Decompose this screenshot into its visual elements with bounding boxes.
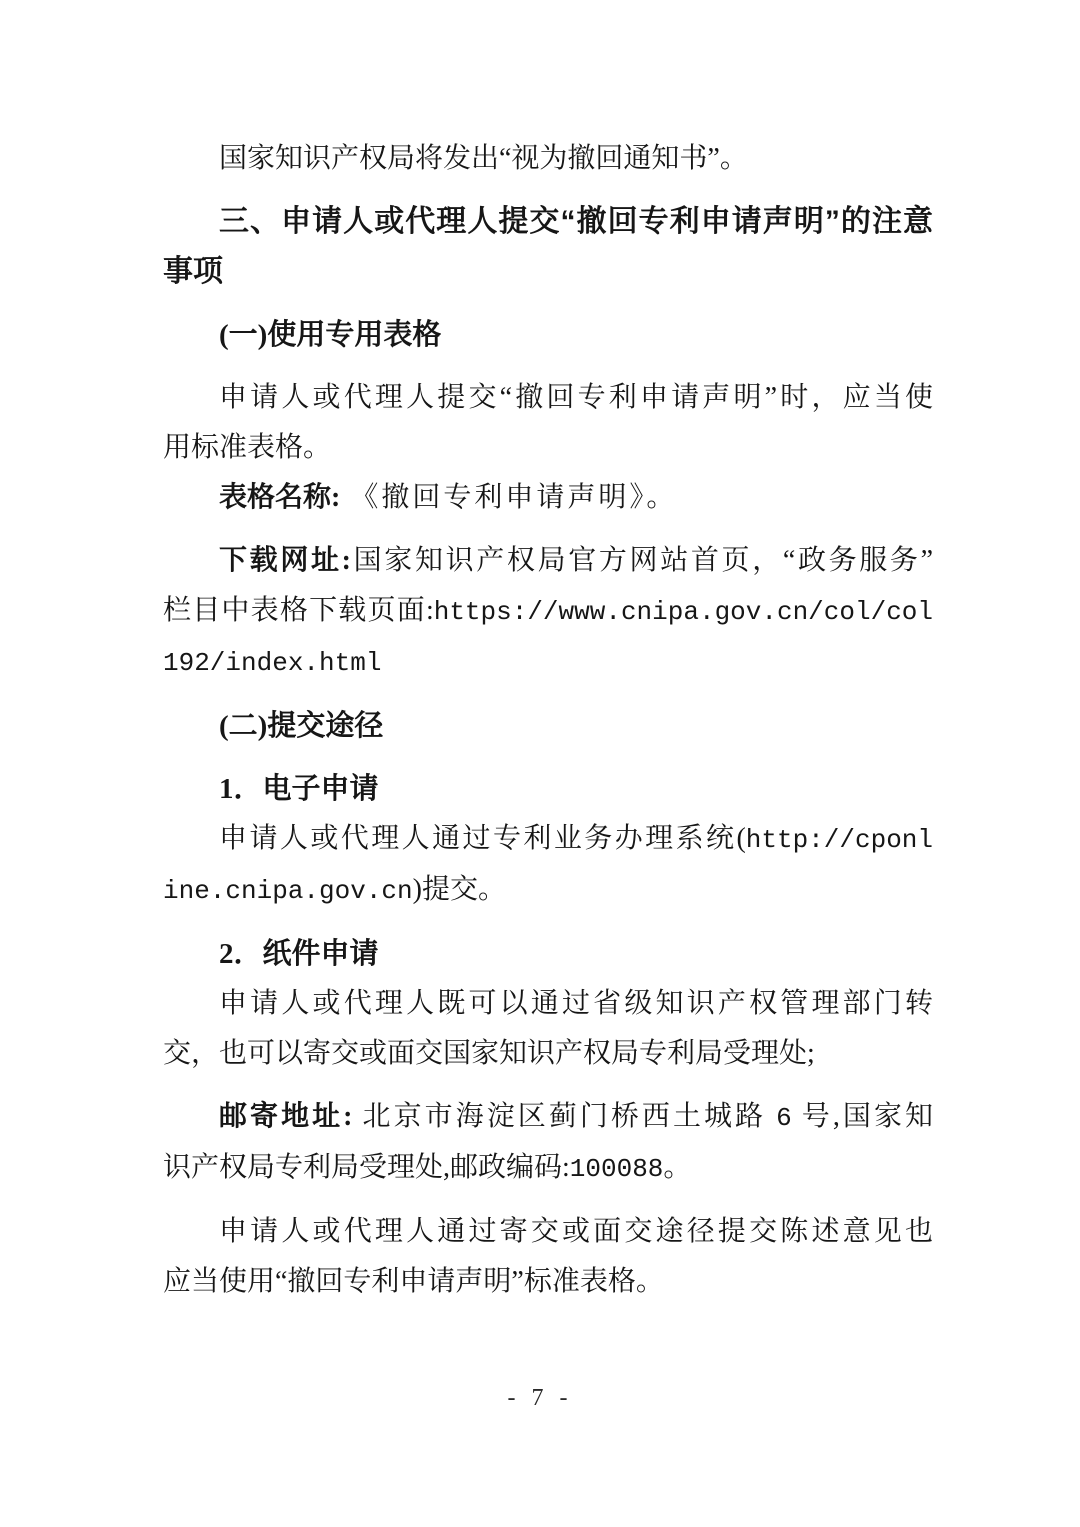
heading-section-three-line-1: 三、申请人或代理人提交“撤回专利申请声明”的注意 <box>163 197 933 247</box>
document-body: 国家知识产权局将发出“视为撤回通知书”。三、申请人或代理人提交“撤回专利申请声明… <box>163 134 933 1307</box>
text-segment: 用标准表格。 <box>163 432 331 463</box>
text-segment: 栏目中表格下载页面: <box>163 595 434 626</box>
line-form-name: 表格名称: 《撤回专利申请声明》。 <box>163 473 933 523</box>
label-mailing-address: 邮寄地址: <box>219 1101 353 1132</box>
url-cponline-part-1: http://cponl <box>746 825 933 855</box>
text-segment: 申请人或代理人通过寄交或面交途径提交陈述意见也 <box>219 1216 933 1247</box>
url-cnipa-form-download: https://www.cnipa.gov.cn/col/col <box>434 597 933 627</box>
label-download-url: 下载网址: <box>219 545 351 576</box>
text-segment: )提交。 <box>413 874 506 905</box>
form-name-value: 《撤回专利申请声明》。 <box>340 482 677 513</box>
heading-section-three-line-2: 事项 <box>163 247 933 297</box>
paragraph-electronic-line-1: 申请人或代理人通过专利业务办理系统(http://cponl <box>163 814 933 865</box>
paragraph-paper-line-1: 申请人或代理人既可以通过省级知识产权管理部门转 <box>163 979 933 1029</box>
text-segment: (二)提交途径 <box>219 710 383 742</box>
street-number: 6 <box>776 1103 792 1133</box>
url-cponline-part-2: ine.cnipa.gov.cn <box>163 876 413 906</box>
line-mailing-address-1: 邮寄地址: 北京市海淀区蓟门桥西土城路 6 号,国家知 <box>163 1092 933 1143</box>
text-segment: 国家知识产权局官方网站首页，“政务服务” <box>351 545 933 576</box>
paragraph-in-person-line-1: 申请人或代理人通过寄交或面交途径提交陈述意见也 <box>163 1207 933 1257</box>
text-segment: 识产权局专利局受理处,邮政编码: <box>163 1152 570 1183</box>
line-download-url-1: 下载网址:国家知识产权局官方网站首页，“政务服务” <box>163 536 933 586</box>
text-segment: 申请人或代理人通过专利业务办理系统( <box>219 823 746 854</box>
text-segment: 交，也可以寄交或面交国家知识产权局专利局受理处; <box>163 1038 815 1069</box>
paragraph-paper-line-2: 交，也可以寄交或面交国家知识产权局专利局受理处; <box>163 1029 933 1079</box>
line-download-url-3: 192/index.html <box>163 637 933 688</box>
subheading-submission-channels: (二)提交途径 <box>163 701 933 751</box>
document-page: 国家知识产权局将发出“视为撤回通知书”。三、申请人或代理人提交“撤回专利申请声明… <box>0 0 1080 1527</box>
label-form-name: 表格名称: <box>219 482 340 513</box>
text-segment: 。 <box>663 1152 691 1183</box>
sentence-deemed-withdrawal-notice: 国家知识产权局将发出“视为撤回通知书”。 <box>163 134 933 184</box>
paragraph-in-person-line-2: 应当使用“撤回专利申请声明”标准表格。 <box>163 1257 933 1307</box>
line-download-url-2: 栏目中表格下载页面:https://www.cnipa.gov.cn/col/c… <box>163 586 933 637</box>
text-segment: 国家知识产权局将发出“视为撤回通知书”。 <box>219 143 748 174</box>
subheading-use-dedicated-form: (一)使用专用表格 <box>163 310 933 360</box>
text-segment: 1．电子申请 <box>219 773 379 805</box>
postal-code: 100088 <box>570 1154 664 1184</box>
page-footer: - 7 - <box>0 1385 1080 1412</box>
text-segment: 申请人或代理人既可以通过省级知识产权管理部门转 <box>219 988 933 1019</box>
text-segment: 申请人或代理人提交“撤回专利申请声明”时，应当使 <box>219 382 933 413</box>
paragraph-use-standard-form-line-2: 用标准表格。 <box>163 423 933 473</box>
text-segment: 事项 <box>163 255 223 288</box>
paragraph-electronic-line-2: ine.cnipa.gov.cn)提交。 <box>163 865 933 916</box>
url-cnipa-form-download-cont: 192/index.html <box>163 648 381 678</box>
text-segment: 应当使用“撤回专利申请声明”标准表格。 <box>163 1266 664 1297</box>
subheading-paper-application: 2．纸件申请 <box>163 929 933 979</box>
text-segment: 北京市海淀区蓟门桥西土城路 <box>353 1101 777 1132</box>
subheading-electronic-application: 1．电子申请 <box>163 764 933 814</box>
text-segment: 号,国家知 <box>792 1101 933 1132</box>
line-mailing-address-2: 识产权局专利局受理处,邮政编码:100088。 <box>163 1143 933 1194</box>
page-number: - 7 - <box>508 1385 573 1411</box>
text-segment: (一)使用专用表格 <box>219 319 441 351</box>
text-segment: 三、申请人或代理人提交“撤回专利申请声明”的注意 <box>219 205 933 238</box>
text-segment: 2．纸件申请 <box>219 938 379 970</box>
paragraph-use-standard-form-line-1: 申请人或代理人提交“撤回专利申请声明”时，应当使 <box>163 373 933 423</box>
